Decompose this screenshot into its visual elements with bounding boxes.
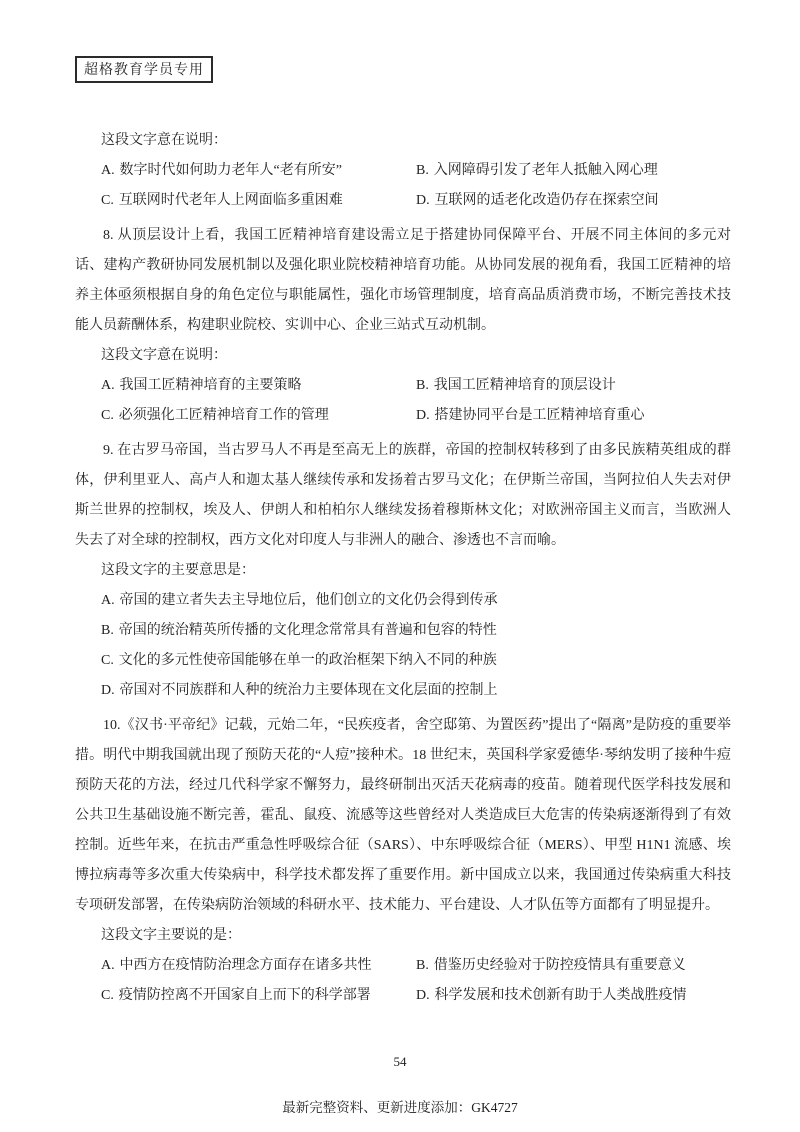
options-row: A.数字时代如何助力老年人“老有所安” B.入网障碍引发了老年人抵触入网心理 xyxy=(75,156,731,186)
option-text: 借鉴历史经验对于防控疫情具有重要意义 xyxy=(434,958,686,973)
option-text: 互联网时代老年人上网面临多重困难 xyxy=(119,193,343,208)
option-text: 数字时代如何助力老年人“老有所安” xyxy=(120,163,342,178)
content-area: 这段文字意在说明： A.数字时代如何助力老年人“老有所安” B.入网障碍引发了老… xyxy=(75,126,731,1011)
option-A: A.中西方在疫情防治理念方面存在诸多共性 xyxy=(101,951,416,981)
question-stem: 这段文字的主要意思是： xyxy=(75,556,731,586)
option-label: D. xyxy=(416,408,430,423)
question-stem: 这段文字意在说明： xyxy=(75,341,731,371)
option-label: D. xyxy=(416,193,430,208)
option-C: C.疫情防控离不开国家自上而下的科学部署 xyxy=(101,981,416,1011)
footer-note: 最新完整资料、更新进度添加：GK4727 xyxy=(0,1096,800,1116)
option-D: D.搭建协同平台是工匠精神培育重心 xyxy=(416,401,731,431)
option-A: A.我国工匠精神培育的主要策略 xyxy=(101,371,416,401)
option-label: A. xyxy=(101,958,115,973)
option-text: 我国工匠精神培育的主要策略 xyxy=(120,378,302,393)
option-label: B. xyxy=(416,958,429,973)
option-B: B.借鉴历史经验对于防控疫情具有重要意义 xyxy=(416,951,731,981)
option-text: 必须强化工匠精神培育工作的管理 xyxy=(119,408,329,423)
options-row: C.互联网时代老年人上网面临多重困难 D.互联网的适老化改造仍存在探索空间 xyxy=(75,186,731,216)
option-B: B.我国工匠精神培育的顶层设计 xyxy=(416,371,731,401)
option-D: D.科学发展和技术创新有助于人类战胜疫情 xyxy=(416,981,731,1011)
question-8-block: 8. 从顶层设计上看，我国工匠精神培育建设需立足于搭建协同保障平台、开展不同主体… xyxy=(75,221,731,431)
option-C: C.互联网时代老年人上网面临多重困难 xyxy=(101,186,416,216)
option-text: 中西方在疫情防治理念方面存在诸多共性 xyxy=(120,958,372,973)
option-label: C. xyxy=(101,653,114,668)
option-D: D.互联网的适老化改造仍存在探索空间 xyxy=(416,186,731,216)
question-7-options-block: 这段文字意在说明： A.数字时代如何助力老年人“老有所安” B.入网障碍引发了老… xyxy=(75,126,731,216)
header-badge: 超格教育学员专用 xyxy=(75,56,213,83)
question-paragraph: 9. 在古罗马帝国，当古罗马人不再是至高无上的族群，帝国的控制权转移到了由多民族… xyxy=(75,436,731,556)
option-label: C. xyxy=(101,988,114,1003)
option-A: A.帝国的建立者失去主导地位后，他们创立的文化仍会得到传承 xyxy=(75,586,731,616)
option-label: C. xyxy=(101,408,114,423)
option-label: D. xyxy=(101,683,115,698)
question-stem: 这段文字主要说的是： xyxy=(75,921,731,951)
options-row: A.中西方在疫情防治理念方面存在诸多共性 B.借鉴历史经验对于防控疫情具有重要意… xyxy=(75,951,731,981)
option-text: 帝国的建立者失去主导地位后，他们创立的文化仍会得到传承 xyxy=(120,593,498,608)
question-stem: 这段文字意在说明： xyxy=(75,126,731,156)
option-text: 入网障碍引发了老年人抵触入网心理 xyxy=(434,163,658,178)
question-10-block: 10.《汉书·平帝纪》记载，元始二年，“民疾疫者，舍空邸第、为置医药”提出了“隔… xyxy=(75,711,731,1011)
options-row: A.我国工匠精神培育的主要策略 B.我国工匠精神培育的顶层设计 xyxy=(75,371,731,401)
option-A: A.数字时代如何助力老年人“老有所安” xyxy=(101,156,416,186)
document-page: 超格教育学员专用 这段文字意在说明： A.数字时代如何助力老年人“老有所安” B… xyxy=(0,0,800,1132)
option-text: 帝国对不同族群和人种的统治力主要体现在文化层面的控制上 xyxy=(120,683,498,698)
option-label: B. xyxy=(101,623,114,638)
option-label: A. xyxy=(101,163,115,178)
option-text: 帝国的统治精英所传播的文化理念常常具有普遍和包容的特性 xyxy=(119,623,497,638)
option-text: 科学发展和技术创新有助于人类战胜疫情 xyxy=(435,988,687,1003)
option-text: 文化的多元性使帝国能够在单一的政治框架下纳入不同的种族 xyxy=(119,653,497,668)
option-C: C.文化的多元性使帝国能够在单一的政治框架下纳入不同的种族 xyxy=(75,646,731,676)
option-label: A. xyxy=(101,593,115,608)
option-label: B. xyxy=(416,378,429,393)
page-number: 54 xyxy=(0,1054,800,1070)
question-9-block: 9. 在古罗马帝国，当古罗马人不再是至高无上的族群，帝国的控制权转移到了由多民族… xyxy=(75,436,731,706)
question-paragraph: 8. 从顶层设计上看，我国工匠精神培育建设需立足于搭建协同保障平台、开展不同主体… xyxy=(75,221,731,341)
option-label: B. xyxy=(416,163,429,178)
option-text: 互联网的适老化改造仍存在探索空间 xyxy=(435,193,659,208)
option-label: A. xyxy=(101,378,115,393)
option-B: B.帝国的统治精英所传播的文化理念常常具有普遍和包容的特性 xyxy=(75,616,731,646)
option-C: C.必须强化工匠精神培育工作的管理 xyxy=(101,401,416,431)
options-row: C.疫情防控离不开国家自上而下的科学部署 D.科学发展和技术创新有助于人类战胜疫… xyxy=(75,981,731,1011)
question-paragraph: 10.《汉书·平帝纪》记载，元始二年，“民疾疫者，舍空邸第、为置医药”提出了“隔… xyxy=(75,711,731,921)
options-row: C.必须强化工匠精神培育工作的管理 D.搭建协同平台是工匠精神培育重心 xyxy=(75,401,731,431)
option-label: C. xyxy=(101,193,114,208)
option-text: 搭建协同平台是工匠精神培育重心 xyxy=(435,408,645,423)
option-label: D. xyxy=(416,988,430,1003)
option-text: 我国工匠精神培育的顶层设计 xyxy=(434,378,616,393)
option-B: B.入网障碍引发了老年人抵触入网心理 xyxy=(416,156,731,186)
option-D: D.帝国对不同族群和人种的统治力主要体现在文化层面的控制上 xyxy=(75,676,731,706)
option-text: 疫情防控离不开国家自上而下的科学部署 xyxy=(119,988,371,1003)
